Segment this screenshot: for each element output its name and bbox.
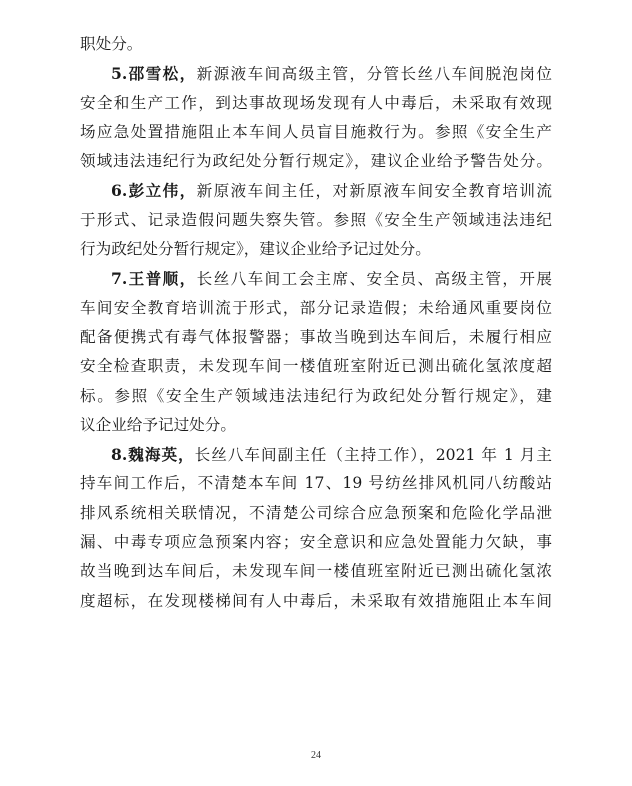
line-text: 新源液车间高级主管，分管长丝八车间脱泡岗位 bbox=[197, 65, 552, 83]
text-line: 度超标，在发现楼梯间有人中毒后，未采取有效措施阻止本车间 bbox=[80, 587, 552, 616]
line-text: 长丝八车间工会主席、安全员、高级主管，开展 bbox=[197, 270, 552, 288]
text-line: 6.彭立伟，新原液车间主任，对新原液车间安全教育培训流 bbox=[80, 176, 552, 205]
person-name: 5.邵雪松， bbox=[111, 64, 197, 83]
text-line: 领域违法违纪行为政纪处分暂行规定》，建议企业给予警告处分。 bbox=[80, 147, 552, 176]
person-name: 6.彭立伟， bbox=[111, 181, 197, 200]
line-text: 领域违法违纪行为政纪处分暂行规定》，建议企业给予警告处分。 bbox=[80, 152, 552, 170]
page-number: 24 bbox=[0, 750, 632, 761]
line-text: 长丝八车间副主任（主持工作），2021 年 1 月主 bbox=[195, 446, 552, 464]
text-line: 配备便携式有毒气体报警器；事故当晚到达车间后，未履行相应 bbox=[80, 323, 552, 352]
text-line: 安全检查职责，未发现车间一楼值班室附近已测出硫化氢浓度超 bbox=[80, 352, 552, 381]
text-line: 行为政纪处分暂行规定》，建议企业给予记过处分。 bbox=[80, 235, 552, 264]
document-page: 职处分。5.邵雪松，新源液车间高级主管，分管长丝八车间脱泡岗位安全和生产工作，到… bbox=[80, 30, 552, 616]
line-text: 配备便携式有毒气体报警器；事故当晚到达车间后，未履行相应 bbox=[80, 328, 552, 346]
text-line: 车间安全教育培训流于形式，部分记录造假；未给通风重要岗位 bbox=[80, 294, 552, 323]
text-line: 议企业给予记过处分。 bbox=[80, 411, 552, 440]
line-text: 排风系统相关联情况，不清楚公司综合应急预案和危险化学品泄 bbox=[80, 504, 552, 522]
text-line: 故当晚到达车间后，未发现车间一楼值班室附近已测出硫化氢浓 bbox=[80, 557, 552, 586]
text-line: 5.邵雪松，新源液车间高级主管，分管长丝八车间脱泡岗位 bbox=[80, 59, 552, 88]
text-line: 安全和生产工作，到达事故现场发现有人中毒后，未采取有效现 bbox=[80, 89, 552, 118]
line-text: 标。参照《安全生产领域违法违纪行为政纪处分暂行规定》，建 bbox=[80, 387, 552, 405]
line-text: 故当晚到达车间后，未发现车间一楼值班室附近已测出硫化氢浓 bbox=[80, 562, 552, 580]
text-line: 8.魏海英，长丝八车间副主任（主持工作），2021 年 1 月主 bbox=[80, 440, 552, 469]
text-line: 标。参照《安全生产领域违法违纪行为政纪处分暂行规定》，建 bbox=[80, 382, 552, 411]
text-line: 7.王普顺，长丝八车间工会主席、安全员、高级主管，开展 bbox=[80, 264, 552, 293]
text-line: 于形式、记录造假问题失察失管。参照《安全生产领域违法违纪 bbox=[80, 206, 552, 235]
text-line: 漏、中毒专项应急预案内容；安全意识和应急处置能力欠缺，事 bbox=[80, 528, 552, 557]
line-text: 行为政纪处分暂行规定》，建议企业给予记过处分。 bbox=[80, 240, 431, 258]
line-text: 度超标，在发现楼梯间有人中毒后，未采取有效措施阻止本车间 bbox=[80, 592, 552, 610]
text-line: 场应急处置措施阻止本车间人员盲目施救行为。参照《安全生产 bbox=[80, 118, 552, 147]
text-line: 职处分。 bbox=[80, 30, 552, 59]
line-text: 安全和生产工作，到达事故现场发现有人中毒后，未采取有效现 bbox=[80, 94, 552, 112]
line-text: 安全检查职责，未发现车间一楼值班室附近已测出硫化氢浓度超 bbox=[80, 357, 552, 375]
line-text: 持车间工作后，不清楚本车间 17、19 号纺丝排风机同八纺酸站 bbox=[80, 474, 552, 492]
line-text: 新原液车间主任，对新原液车间安全教育培训流 bbox=[197, 182, 552, 200]
line-text: 车间安全教育培训流于形式，部分记录造假；未给通风重要岗位 bbox=[80, 299, 552, 317]
line-text: 漏、中毒专项应急预案内容；安全意识和应急处置能力欠缺，事 bbox=[80, 533, 552, 551]
person-name: 7.王普顺， bbox=[111, 269, 197, 288]
line-text: 职处分。 bbox=[80, 35, 142, 53]
person-name: 8.魏海英， bbox=[111, 445, 195, 464]
line-text: 议企业给予记过处分。 bbox=[80, 416, 236, 434]
line-text: 于形式、记录造假问题失察失管。参照《安全生产领域违法违纪 bbox=[80, 211, 552, 229]
text-line: 排风系统相关联情况，不清楚公司综合应急预案和危险化学品泄 bbox=[80, 499, 552, 528]
line-text: 场应急处置措施阻止本车间人员盲目施救行为。参照《安全生产 bbox=[80, 123, 552, 141]
text-line: 持车间工作后，不清楚本车间 17、19 号纺丝排风机同八纺酸站 bbox=[80, 469, 552, 498]
